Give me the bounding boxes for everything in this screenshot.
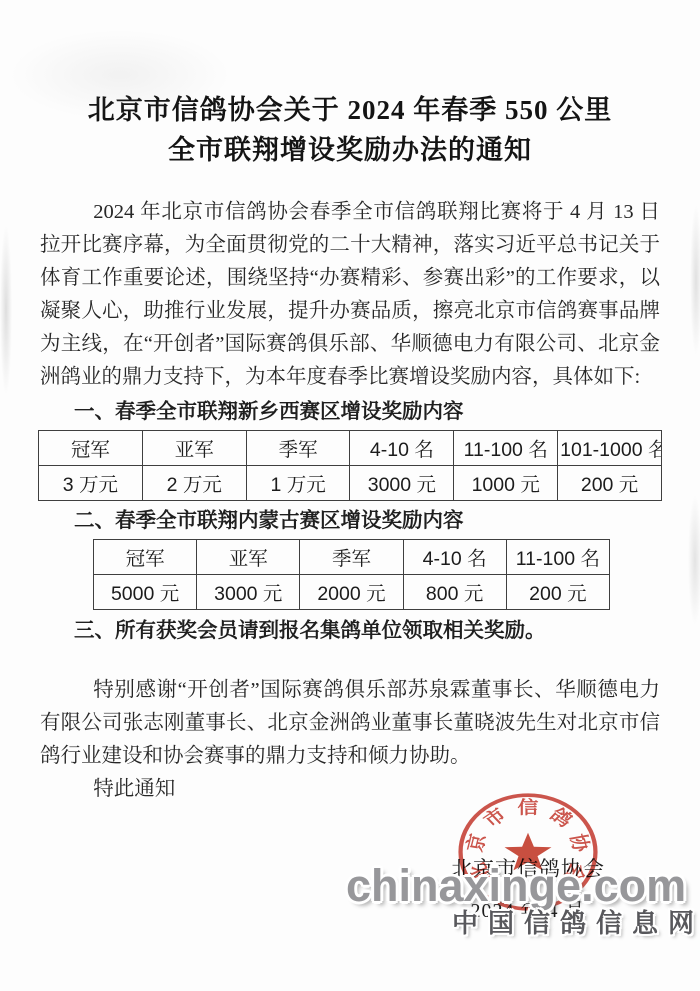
table-header-row: 冠军 亚军 季军 4-10 名 11-100 名 101-1000 名 <box>39 431 662 466</box>
table-cell: 2 万元 <box>142 466 246 501</box>
table-cell: 3000 元 <box>350 466 454 501</box>
table-cell: 1 万元 <box>246 466 350 501</box>
section1-heading: 一、春季全市联翔新乡西赛区增设奖励内容 <box>40 399 660 425</box>
table-cell: 200 元 <box>558 466 662 501</box>
seal-char: 信 <box>518 797 540 818</box>
thanks-paragraph: 特别感谢“开创者”国际赛鸽俱乐部苏泉霖董事长、华顺德电力有限公司张志刚董事长、北… <box>40 674 660 773</box>
xinxiang-west-prize-table: 冠军 亚军 季军 4-10 名 11-100 名 101-1000 名 3 万元… <box>38 430 662 501</box>
table-header-row: 冠军 亚军 季军 4-10 名 11-100 名 <box>94 540 610 575</box>
title-line-2: 全市联翔增设奖励办法的通知 <box>40 130 660 170</box>
table-cell: 2000 元 <box>300 575 403 610</box>
title-line-1: 北京市信鸽协会关于 2024 年春季 550 公里 <box>40 90 660 130</box>
table-header-cell: 4-10 名 <box>350 431 454 466</box>
table-cell: 200 元 <box>506 575 609 610</box>
table-header-cell: 11-100 名 <box>454 431 558 466</box>
table-header-cell: 101-1000 名 <box>558 431 662 466</box>
table-header-cell: 季军 <box>300 540 403 575</box>
table-header-cell: 4-10 名 <box>403 540 506 575</box>
seal-char: 京 <box>462 832 491 854</box>
section2-heading: 二、春季全市联翔内蒙古赛区增设奖励内容 <box>40 508 660 534</box>
inner-mongolia-prize-table: 冠军 亚军 季军 4-10 名 11-100 名 5000 元 3000 元 2… <box>93 539 610 610</box>
document-content: 北京市信鸽协会关于 2024 年春季 550 公里 全市联翔增设奖励办法的通知 … <box>0 0 700 806</box>
section3-heading: 三、所有获奖会员请到报名集鸽单位领取相关奖励。 <box>40 618 660 644</box>
intro-paragraph: 2024 年北京市信鸽协会春季全市信鸽联翔比赛将于 4 月 13 日拉开比赛序幕… <box>40 196 660 394</box>
table-value-row: 5000 元 3000 元 2000 元 800 元 200 元 <box>94 575 610 610</box>
page-title: 北京市信鸽协会关于 2024 年春季 550 公里 全市联翔增设奖励办法的通知 <box>40 90 660 170</box>
table-header-cell: 亚军 <box>197 540 300 575</box>
table-header-cell: 冠军 <box>39 431 143 466</box>
table-cell: 5000 元 <box>94 575 197 610</box>
watermark-cjk: 中国信鸽信息网 <box>452 903 700 940</box>
notice-document-page: 北京市信鸽协会关于 2024 年春季 550 公里 全市联翔增设奖励办法的通知 … <box>0 0 700 991</box>
table-header-cell: 亚军 <box>142 431 246 466</box>
table-header-cell: 11-100 名 <box>506 540 609 575</box>
table-cell: 3 万元 <box>39 466 143 501</box>
seal-char: 协 <box>565 832 594 854</box>
table-header-cell: 季军 <box>246 431 350 466</box>
table-value-row: 3 万元 2 万元 1 万元 3000 元 1000 元 200 元 <box>39 466 662 501</box>
table-cell: 1000 元 <box>454 466 558 501</box>
table-cell: 800 元 <box>403 575 506 610</box>
table-cell: 3000 元 <box>197 575 300 610</box>
table-header-cell: 冠军 <box>94 540 197 575</box>
